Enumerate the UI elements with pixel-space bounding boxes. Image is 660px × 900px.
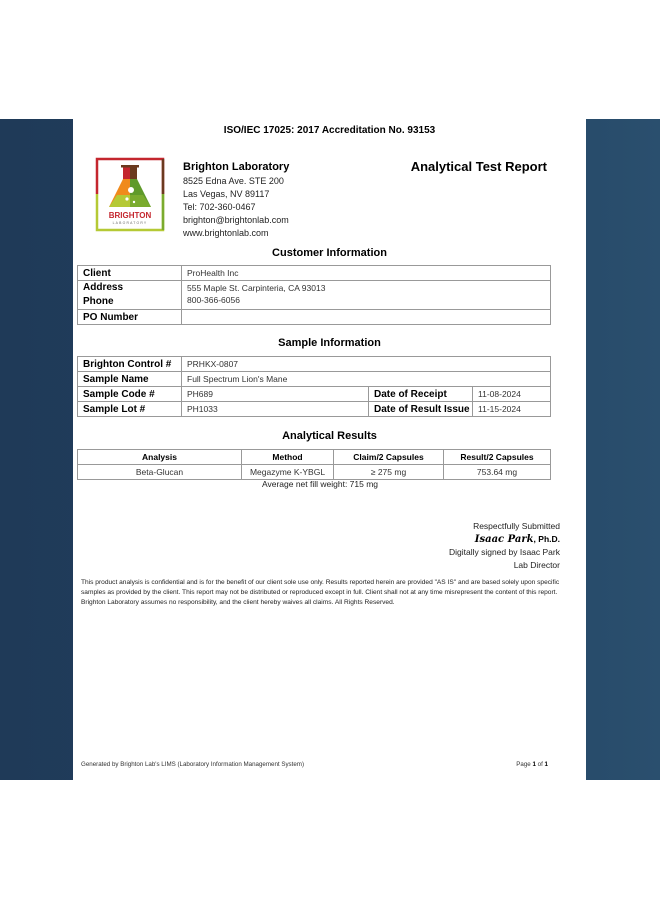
logo-wordmark: BRIGHTON: [109, 211, 152, 220]
sample-table: Brighton Control # PRHKX-0807 Sample Nam…: [77, 356, 551, 417]
results-section-title: Analytical Results: [73, 430, 586, 442]
fill-weight-note: Average net fill weight: 715 mg: [73, 479, 567, 489]
issue-date-label: Date of Result Issue: [369, 402, 473, 417]
address-phone-label: Address Phone: [78, 281, 182, 310]
po-number-label: PO Number: [78, 310, 182, 325]
table-row: Sample Lot # PH1033 Date of Result Issue…: [78, 402, 551, 417]
claim-cell: ≥ 275 mg: [334, 465, 444, 480]
client-value: ProHealth Inc: [182, 266, 551, 281]
page-indicator: Page 1 of 1: [516, 761, 548, 768]
po-number-value: [182, 310, 551, 325]
column-header-analysis: Analysis: [78, 450, 242, 465]
table-row: Address Phone 555 Maple St. Carpinteria,…: [78, 281, 551, 310]
footer-generated-note: Generated by Brighton Lab's LIMS (Labora…: [81, 761, 304, 768]
customer-table: Client ProHealth Inc Address Phone 555 M…: [77, 265, 551, 325]
disclaimer-text: This product analysis is confidential an…: [81, 578, 565, 608]
accreditation-line: ISO/IEC 17025: 2017 Accreditation No. 93…: [73, 125, 586, 136]
sample-name-value: Full Spectrum Lion's Mane: [182, 372, 551, 387]
sample-lot-value: PH1033: [182, 402, 369, 417]
table-row: Beta-Glucan Megazyme K-YBGL ≥ 275 mg 753…: [78, 465, 551, 480]
results-table: Analysis Method Claim/2 Capsules Result/…: [77, 449, 551, 480]
method-cell: Megazyme K-YBGL: [242, 465, 334, 480]
lab-contact-block: Brighton Laboratory 8525 Edna Ave. STE 2…: [183, 160, 289, 240]
lab-phone: Tel: 702-360-0467: [183, 201, 289, 214]
sample-code-value: PH689: [182, 387, 369, 402]
client-label: Client: [78, 266, 182, 281]
lab-address-line2: Las Vegas, NV 89117: [183, 188, 289, 201]
table-row: Client ProHealth Inc: [78, 266, 551, 281]
issue-date-value: 11-15-2024: [473, 402, 551, 417]
lab-email[interactable]: brighton@brightonlab.com: [183, 214, 289, 227]
analysis-cell: Beta-Glucan: [78, 465, 242, 480]
column-header-claim: Claim/2 Capsules: [334, 450, 444, 465]
page-of: of: [538, 761, 543, 768]
table-row: Sample Name Full Spectrum Lion's Mane: [78, 372, 551, 387]
lab-name: Brighton Laboratory: [183, 160, 289, 175]
signer-title: Lab Director: [449, 559, 560, 572]
table-row: PO Number: [78, 310, 551, 325]
customer-section-title: Customer Information: [73, 247, 586, 259]
sample-section-title: Sample Information: [73, 337, 586, 349]
report-page: ISO/IEC 17025: 2017 Accreditation No. 93…: [73, 119, 586, 780]
digital-signature-note: Digitally signed by Isaac Park: [449, 546, 560, 559]
receipt-date-value: 11-08-2024: [473, 387, 551, 402]
submitted-text: Respectfully Submitted: [449, 520, 560, 533]
signature-credential: , Ph.D.: [534, 534, 560, 544]
phone-value: 800-366-6056: [187, 294, 550, 306]
receipt-date-label: Date of Receipt: [369, 387, 473, 402]
signature-line: Isaac Park, Ph.D.: [449, 533, 560, 547]
lab-address-line1: 8525 Edna Ave. STE 200: [183, 175, 289, 188]
address-phone-value: 555 Maple St. Carpinteria, CA 93013 800-…: [182, 281, 551, 310]
sample-name-label: Sample Name: [78, 372, 182, 387]
sample-code-label: Sample Code #: [78, 387, 182, 402]
table-row: Sample Code # PH689 Date of Receipt 11-0…: [78, 387, 551, 402]
logo-subtitle: LABORATORY: [113, 221, 148, 225]
address-label: Address: [83, 281, 181, 295]
sample-lot-label: Sample Lot #: [78, 402, 182, 417]
signature-name: Isaac Park: [475, 534, 534, 545]
control-value: PRHKX-0807: [182, 357, 551, 372]
control-label: Brighton Control #: [78, 357, 182, 372]
page-current: 1: [532, 761, 535, 768]
page-prefix: Page: [516, 761, 530, 768]
report-title: Analytical Test Report: [411, 159, 547, 174]
flask-logo-icon: BRIGHTON LABORATORY: [95, 157, 165, 232]
column-header-result: Result/2 Capsules: [444, 450, 551, 465]
address-value: 555 Maple St. Carpinteria, CA 93013: [187, 282, 550, 294]
signature-block: Respectfully Submitted Isaac Park, Ph.D.…: [449, 520, 560, 571]
phone-label: Phone: [83, 295, 181, 309]
column-header-method: Method: [242, 450, 334, 465]
results-header-row: Analysis Method Claim/2 Capsules Result/…: [78, 450, 551, 465]
table-row: Brighton Control # PRHKX-0807: [78, 357, 551, 372]
lab-website[interactable]: www.brightonlab.com: [183, 227, 289, 240]
page-total: 1: [545, 761, 548, 768]
result-cell: 753.64 mg: [444, 465, 551, 480]
